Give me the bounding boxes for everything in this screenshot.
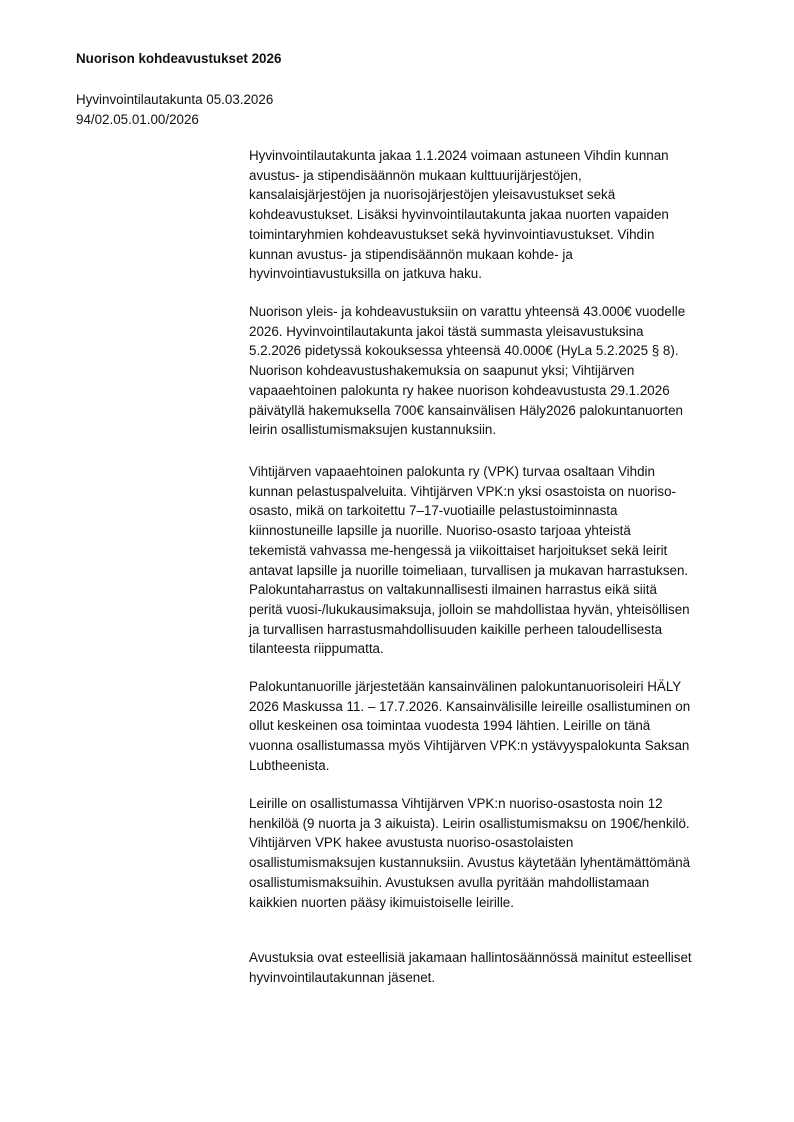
meeting-info: Hyvinvointilautakunta 05.03.2026 94/02.0… (76, 90, 273, 129)
text-line: avustus- ja stipendisäännön mukaan kultt… (249, 166, 669, 186)
text-line: Hyvinvointilautakunta jakaa 1.1.2024 voi… (249, 146, 669, 166)
text-line: päivätyllä hakemuksella 700€ kansainväli… (249, 401, 685, 421)
text-line: kohdeavustukset. Lisäksi hyvinvointilaut… (249, 205, 669, 225)
text-line: osasto, mikä on tarkoitettu 7–17-vuotiai… (249, 501, 690, 521)
meeting-date: Hyvinvointilautakunta 05.03.2026 (76, 90, 273, 110)
text-line: hyvinvointiavustuksilla on jatkuva haku. (249, 264, 669, 284)
text-line: Nuorison kohdeavustushakemuksia on saapu… (249, 361, 685, 381)
reference-number: 94/02.05.01.00/2026 (76, 110, 273, 130)
text-line: 2026 Maskussa 11. – 17.7.2026. Kansainvä… (249, 697, 690, 717)
text-line: hyvinvointilautakunnan jäsenet. (249, 968, 692, 988)
text-line: antavat lapsille ja nuorille toimeliaan,… (249, 561, 690, 581)
text-line: osallistumismaksujen kustannuksiin. Avus… (249, 853, 690, 873)
text-line: ja turvallisen harrastusmahdollisuuden k… (249, 620, 690, 640)
text-line: peritä vuosi-/lukukausimaksuja, jolloin … (249, 600, 690, 620)
text-line: vuonna osallistumassa myös Vihtijärven V… (249, 736, 690, 756)
text-line: kansalaisjärjestöjen ja nuorisojärjestöj… (249, 185, 669, 205)
document-title: Nuorison kohdeavustukset 2026 (76, 51, 281, 66)
text-line: leirin osallistumismaksujen kustannuksii… (249, 420, 685, 440)
text-line: vapaaehtoinen palokunta ry hakee nuoriso… (249, 381, 685, 401)
text-line: Avustuksia ovat esteellisiä jakamaan hal… (249, 948, 692, 968)
text-line: kiinnostuneille lapsille ja nuorille. Nu… (249, 521, 690, 541)
text-line: Leirille on osallistumassa Vihtijärven V… (249, 794, 690, 814)
paragraph-vpk-description: Vihtijärven vapaaehtoinen palokunta ry (… (249, 462, 690, 659)
paragraph-grant-rules: Hyvinvointilautakunta jakaa 1.1.2024 voi… (249, 146, 669, 284)
text-line: kaikkien nuorten pääsy ikimuistoiselle l… (249, 893, 690, 913)
text-line: Palokuntanuorille järjestetään kansainvä… (249, 677, 690, 697)
text-line: toimintaryhmien kohdeavustukset sekä hyv… (249, 225, 669, 245)
text-line: 5.2.2026 pidetyssä kokouksessa yhteensä … (249, 341, 685, 361)
text-line: Vihtijärven VPK hakee avustusta nuoriso-… (249, 833, 690, 853)
text-line: osallistumismaksuihin. Avustuksen avulla… (249, 873, 690, 893)
paragraph-participants: Leirille on osallistumassa Vihtijärven V… (249, 794, 690, 912)
text-line: Nuorison yleis- ja kohdeavustuksiin on v… (249, 302, 685, 322)
text-line: henkilöä (9 nuorta ja 3 aikuista). Leiri… (249, 814, 690, 834)
text-line: tekemistä vahvassa me-hengessä ja viikoi… (249, 541, 690, 561)
text-line: kunnan avustus- ja stipendisäännön mukaa… (249, 245, 669, 265)
text-line: kunnan pelastuspalveluita. Vihtijärven V… (249, 482, 690, 502)
text-line: Lubtheenista. (249, 756, 690, 776)
paragraph-disqualification: Avustuksia ovat esteellisiä jakamaan hal… (249, 948, 692, 987)
paragraph-camp: Palokuntanuorille järjestetään kansainvä… (249, 677, 690, 776)
text-line: Vihtijärven vapaaehtoinen palokunta ry (… (249, 462, 690, 482)
text-line: 2026. Hyvinvointilautakunta jakoi tästä … (249, 322, 685, 342)
text-line: tilanteesta riippumatta. (249, 639, 690, 659)
paragraph-budget: Nuorison yleis- ja kohdeavustuksiin on v… (249, 302, 685, 440)
text-line: Palokuntaharrastus on valtakunnallisesti… (249, 580, 690, 600)
text-line: ollut keskeinen osa toimintaa vuodesta 1… (249, 716, 690, 736)
